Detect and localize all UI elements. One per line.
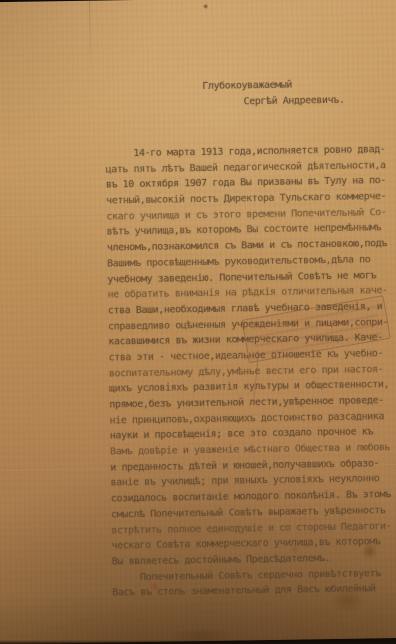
salutation-line-2: Сергѣй Андреевичъ.: [243, 95, 344, 108]
letter-body: 14-го марта 1913 года,исполняется ровно …: [105, 142, 396, 601]
salutation-line-1: Глубокоуважаемый: [202, 80, 292, 92]
stain: [203, 4, 208, 9]
letter-paper: Глубокоуважаемый Сергѣй Андреевичъ. 14-г…: [0, 0, 396, 644]
photo-background: Глубокоуважаемый Сергѣй Андреевичъ. 14-г…: [0, 0, 396, 644]
stain: [171, 629, 231, 644]
fold-crease-vertical: [89, 1, 91, 79]
